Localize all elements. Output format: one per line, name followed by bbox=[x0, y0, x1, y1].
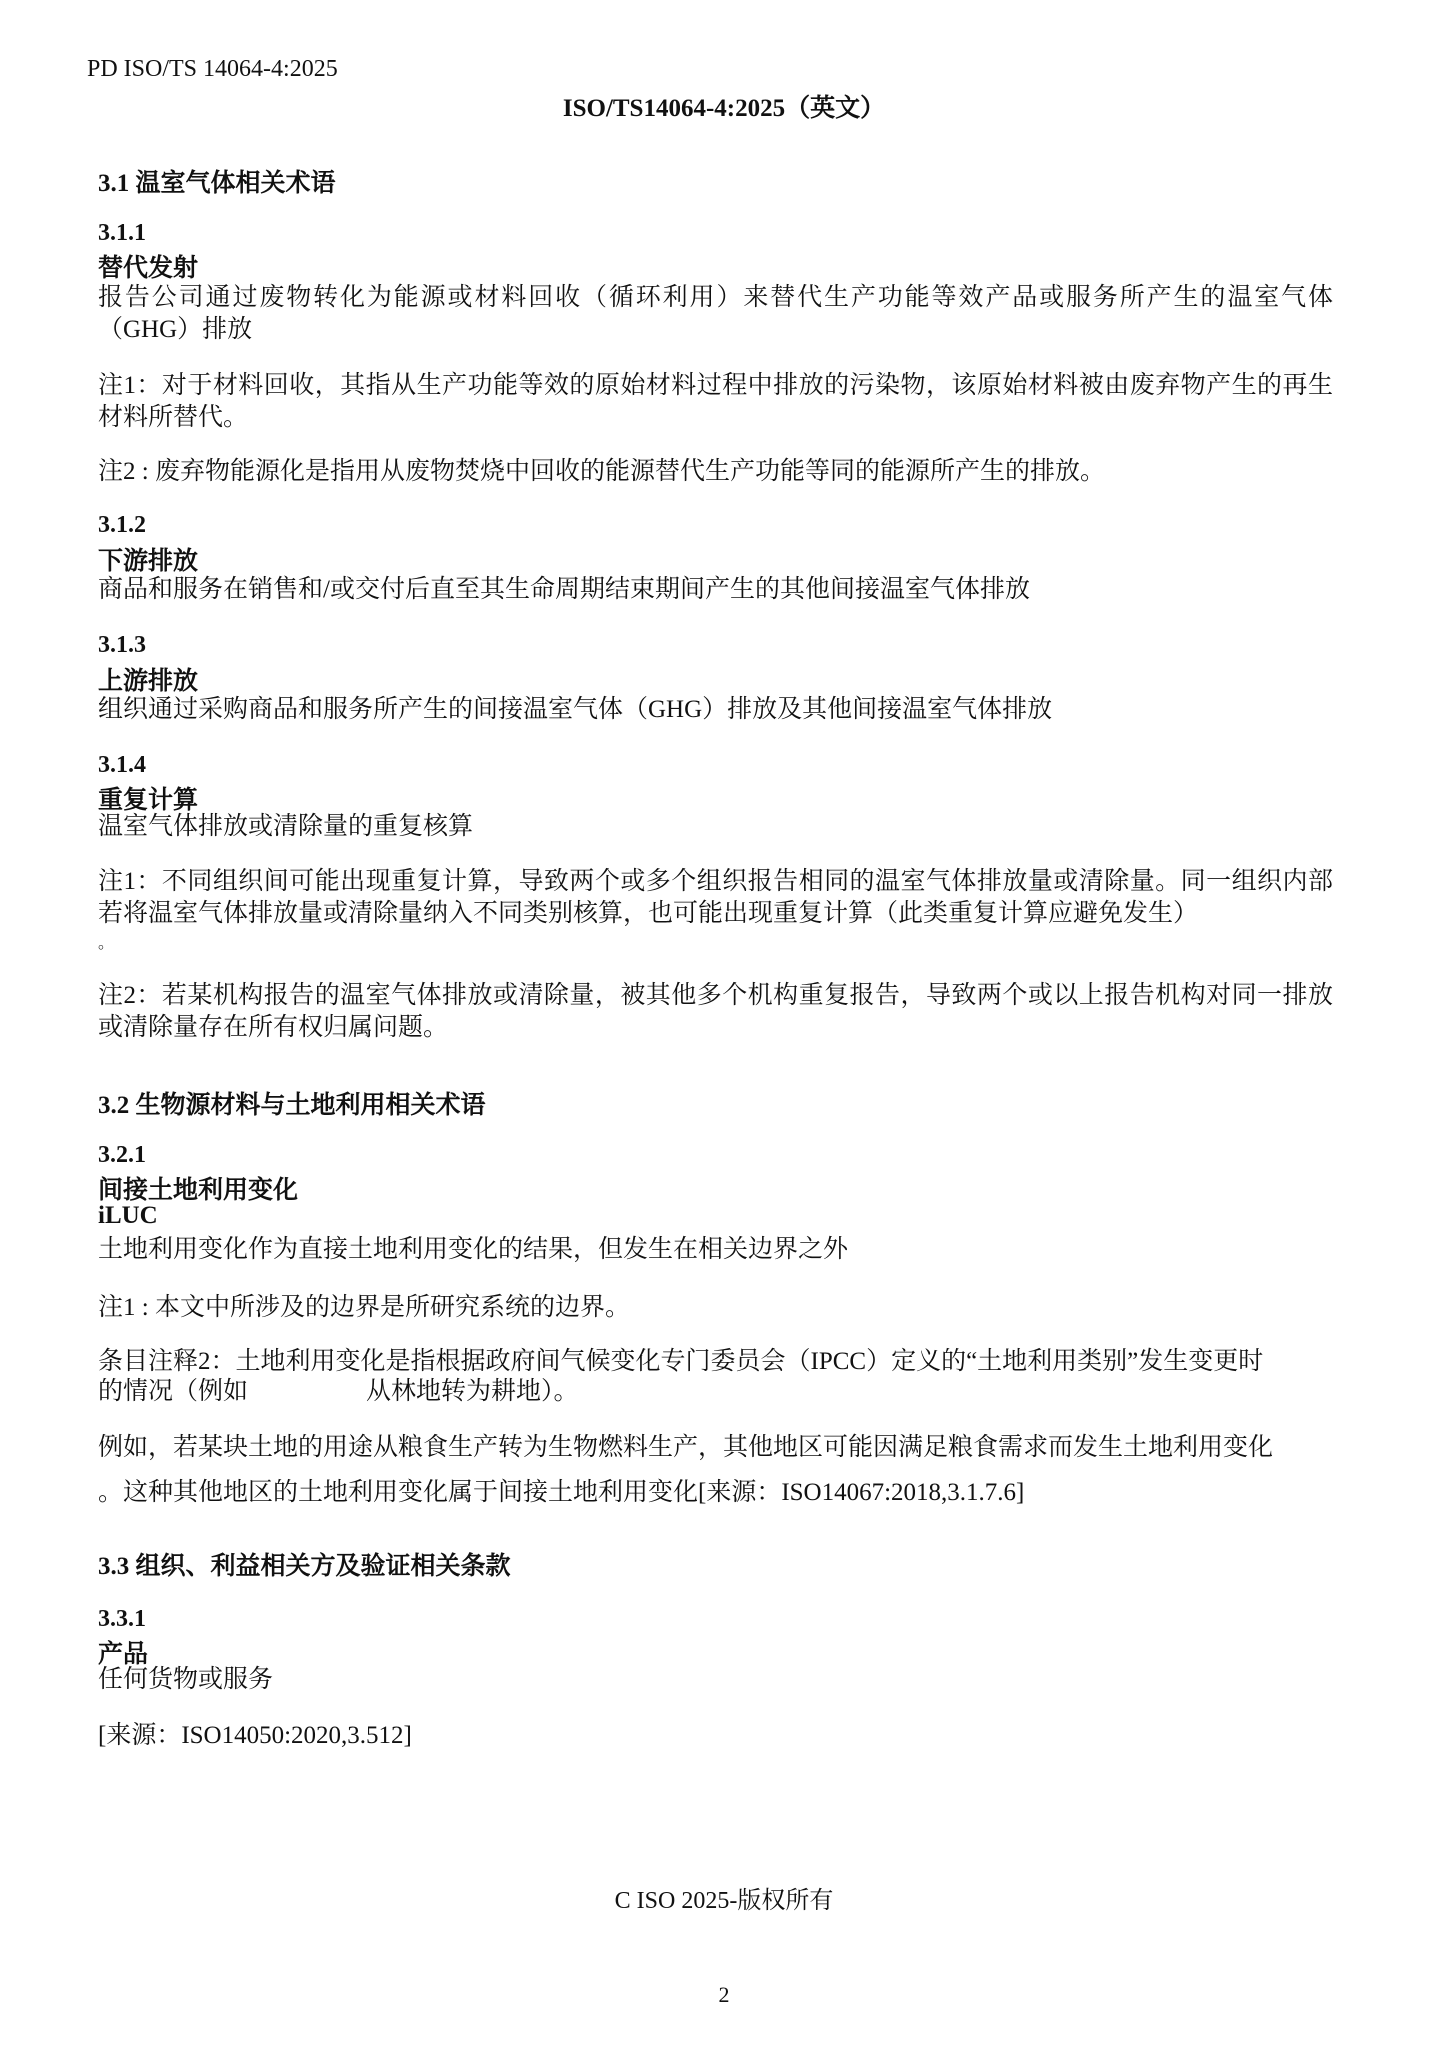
entry-note-3-1-4-2: 注2：若某机构报告的温室气体排放或清除量，被其他多个机构重复报告，导致两个或以上… bbox=[98, 980, 1333, 1044]
entry-definition-3-1-1: 报告公司通过废物转化为能源或材料回收（循环利用）来替代生产功能等效产品或服务所产… bbox=[98, 282, 1333, 346]
entry-abbrev-3-2-1: iLUC bbox=[98, 1202, 158, 1230]
entry-number-3-3-1: 3.3.1 bbox=[98, 1606, 146, 1633]
section-heading-3-2: 3.2 生物源材料与土地利用相关术语 bbox=[98, 1085, 486, 1121]
entry-number-3-1-4: 3.1.4 bbox=[98, 752, 146, 779]
example-line-2: 。这种其他地区的土地利用变化属于间接土地利用变化[来源：ISO14067:201… bbox=[98, 1477, 1024, 1509]
entry-definition-3-1-4: 温室气体排放或清除量的重复核算 bbox=[98, 811, 473, 843]
entry-note-3-2-1-1: 注1 : 本文中所涉及的边界是所研究系统的边界。 bbox=[98, 1292, 630, 1324]
entry-number-3-1-3: 3.1.3 bbox=[98, 632, 146, 659]
entry-number-3-1-1: 3.1.1 bbox=[98, 220, 146, 247]
entry-term-3-1-3: 上游排放 bbox=[98, 661, 198, 697]
entry-note-3-1-1-1: 注1：对于材料回收，其指从生产功能等效的原始材料过程中排放的污染物，该原始材料被… bbox=[98, 370, 1333, 434]
entry-number-3-1-2: 3.1.2 bbox=[98, 512, 146, 539]
section-heading-3-3: 3.3 组织、利益相关方及验证相关条款 bbox=[98, 1546, 511, 1582]
entry-term-3-1-1: 替代发射 bbox=[98, 248, 198, 284]
copyright-footer: C ISO 2025-版权所有 bbox=[0, 1880, 1448, 1915]
section-heading-3-1: 3.1 温室气体相关术语 bbox=[98, 163, 336, 199]
entry-term-3-1-2: 下游排放 bbox=[98, 541, 198, 577]
example-line-1: 例如，若某块土地的用途从粮食生产转为生物燃料生产，其他地区可能因满足粮食需求而发… bbox=[98, 1432, 1273, 1464]
entry-note-3-1-4-1: 注1：不同组织间可能出现重复计算，导致两个或多个组织报告相同的温室气体排放量或清… bbox=[98, 866, 1333, 930]
entry-definition-3-1-2: 商品和服务在销售和/或交付后直至其生命周期结束期间产生的其他间接温室气体排放 bbox=[98, 574, 1030, 606]
entry-note-3-1-4-period: 。 bbox=[98, 928, 114, 960]
note-fragment-a: 的情况（例如 bbox=[98, 1378, 248, 1405]
entry-definition-3-2-1: 土地利用变化作为直接土地利用变化的结果，但发生在相关边界之外 bbox=[98, 1234, 848, 1266]
entry-definition-3-1-3: 组织通过采购商品和服务所产生的间接温室气体（GHG）排放及其他间接温室气体排放 bbox=[98, 694, 1052, 726]
entry-note-3-2-1-2-cont: 的情况（例如从林地转为耕地）。 bbox=[98, 1376, 579, 1408]
entry-note-3-1-1-2: 注2 : 废弃物能源化是指用从废物焚烧中回收的能源替代生产功能等同的能源所产生的… bbox=[98, 456, 1105, 488]
entry-note-3-2-1-2: 条目注释2：土地利用变化是指根据政府间气候变化专门委员会（IPCC）定义的“土地… bbox=[98, 1346, 1263, 1378]
entry-source-3-3-1: [来源：ISO14050:2020,3.512] bbox=[98, 1720, 412, 1752]
running-head: PD ISO/TS 14064-4:2025 bbox=[87, 56, 338, 83]
page-number: 2 bbox=[0, 1982, 1448, 2008]
document-title: ISO/TS14064-4:2025（英文） bbox=[0, 88, 1448, 124]
note-fragment-b: 从林地转为耕地）。 bbox=[366, 1378, 579, 1405]
entry-definition-3-3-1: 任何货物或服务 bbox=[98, 1664, 273, 1696]
entry-term-3-2-1: 间接土地利用变化 bbox=[98, 1170, 298, 1206]
entry-number-3-2-1: 3.2.1 bbox=[98, 1142, 146, 1169]
